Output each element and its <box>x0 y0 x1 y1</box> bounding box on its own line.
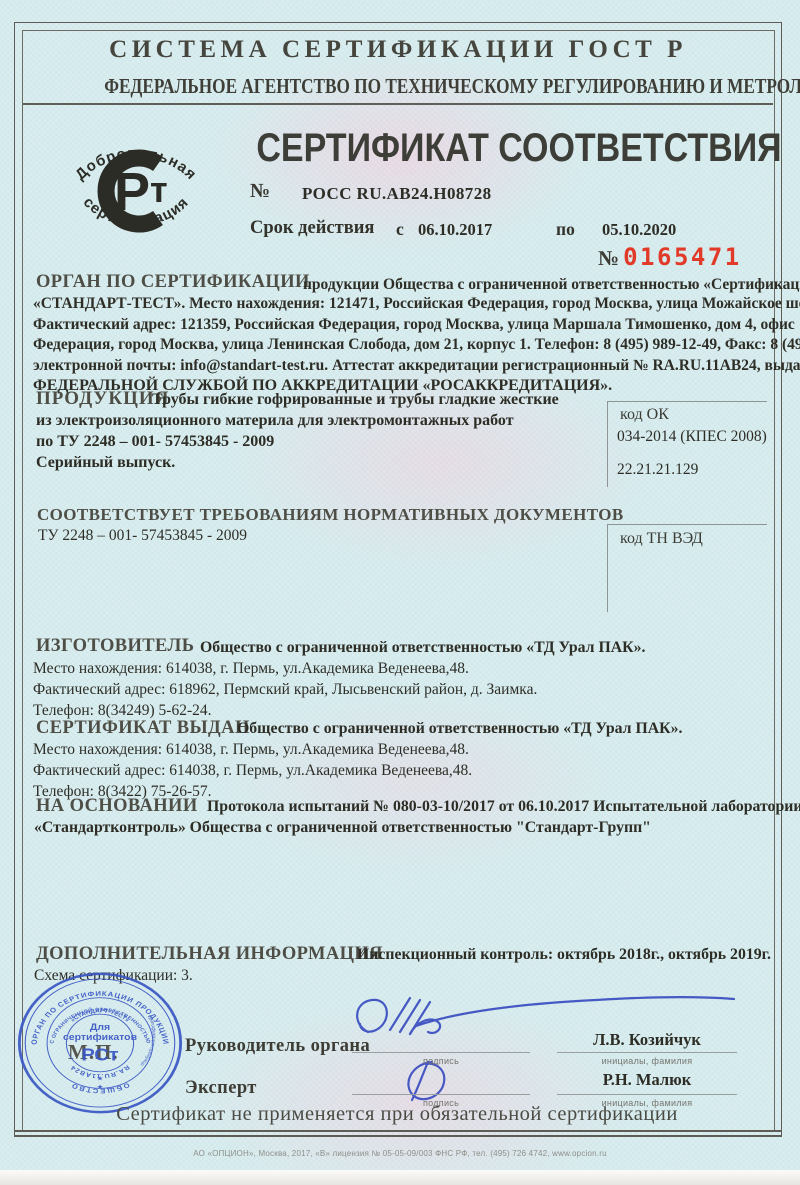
additional-label: ДОПОЛНИТЕЛЬНАЯ ИНФОРМАЦИЯ <box>36 944 383 965</box>
validity-to-label: по <box>556 219 575 240</box>
form-number-value: 0165471 <box>623 243 742 271</box>
code-ok-line-2: 22.21.21.129 <box>617 461 698 479</box>
additional-inline: Инспекционный контроль: октябрь 2018г., … <box>357 946 771 964</box>
stamp-star-1: ★ <box>97 1075 104 1082</box>
validity-label: Срок действия <box>250 218 374 239</box>
stamp-center-line2: сертификатов <box>63 1033 137 1043</box>
organ-line-2: «СТАНДАРТ-ТЕСТ». Место нахождения: 12147… <box>33 295 800 313</box>
code-tn-box-left <box>607 524 608 612</box>
rst-logo: Добровольная сертификация Р т <box>52 118 220 258</box>
product-inline: Трубы гибкие гофрированные и трубы гладк… <box>152 391 559 409</box>
head-signature-line <box>352 1052 530 1053</box>
header-separator <box>23 103 773 105</box>
certification-stamp: ОРГАН ПО СЕРТИФИКАЦИИ ПРОДУКЦИИ ОБЩЕСТВО… <box>16 971 184 1115</box>
code-tn-label: код ТН ВЭД <box>620 530 703 548</box>
stamp-center-line1: Для <box>90 1023 111 1033</box>
basis-line-2: «Стандартконтроль» Общества с ограниченн… <box>34 819 651 837</box>
issued-to-inline: Общество с ограниченной ответственностью… <box>237 720 682 738</box>
expert-signature-line <box>352 1094 530 1095</box>
stamp-mini-logo: РСт <box>81 1045 118 1064</box>
product-line-3: по ТУ 2248 – 001- 57453845 - 2009 <box>36 433 274 451</box>
manufacturer-inline: Общество с ограниченной ответственностью… <box>200 639 645 657</box>
organ-line-4: Федерация, город Москва, улица Ленинская… <box>33 336 800 354</box>
validity-to-date: 05.10.2020 <box>602 220 676 240</box>
basis-label: НА ОСНОВАНИИ <box>36 796 198 817</box>
manufacturer-label: ИЗГОТОВИТЕЛЬ <box>36 636 194 657</box>
product-label: ПРОДУКЦИЯ <box>36 388 169 410</box>
code-ok-label: код ОК <box>620 406 669 424</box>
head-name-caption: инициалы, фамилия <box>557 1056 737 1066</box>
product-line-4: Серийный выпуск. <box>36 454 175 472</box>
organ-line-5: электронной почты: info@standart-test.ru… <box>33 357 800 375</box>
product-line-2: из электроизоляционного материла для эле… <box>36 412 514 430</box>
certificate-page: СИСТЕМА СЕРТИФИКАЦИИ ГОСТ Р ФЕДЕРАЛЬНОЕ … <box>0 0 800 1185</box>
logo-letter-p: Р <box>114 162 150 222</box>
conforms-label: СООТВЕТСТВУЕТ ТРЕБОВАНИЯМ НОРМАТИВНЫХ ДО… <box>37 505 624 525</box>
expert-label: Эксперт <box>185 1078 257 1099</box>
manufacturer-line-3: Фактический адрес: 618962, Пермский край… <box>33 681 537 699</box>
code-tn-box-top <box>607 524 767 525</box>
conforms-line-2: ТУ 2248 – 001- 57453845 - 2009 <box>38 527 247 545</box>
issued-to-label: СЕРТИФИКАТ ВЫДАН <box>36 718 250 739</box>
stamp-ring3-text: «СТАНДАРТ-ТЕСТ» <box>70 1009 131 1024</box>
bottom-note: Сертификат не применяется при обязательн… <box>14 1103 780 1126</box>
bottom-rule-1 <box>14 1130 782 1132</box>
organ-line-3: Фактический адрес: 121359, Российская Фе… <box>33 316 800 334</box>
expert-name-line <box>557 1094 737 1095</box>
certificate-title: СЕРТИФИКАТ СООТВЕТСТВИЯ <box>256 126 781 171</box>
form-number-sign: № <box>598 246 619 270</box>
manufacturer-line-2: Место нахождения: 614038, г. Пермь, ул.А… <box>33 660 469 678</box>
validity-from-date: 06.10.2017 <box>418 220 492 240</box>
code-ok-line-1: 034-2014 (КПЕС 2008) <box>617 428 767 446</box>
validity-from-label: с <box>396 219 404 240</box>
issued-to-line-2: Место нахождения: 614038, г. Пермь, ул.А… <box>33 741 469 759</box>
head-of-body-label: Руководитель органа <box>185 1036 370 1057</box>
head-name-line <box>557 1052 737 1053</box>
organ-label: ОРГАН ПО СЕРТИФИКАЦИИ <box>36 272 310 293</box>
code-ok-box-left <box>607 401 608 487</box>
svg-text:«СТАНДАРТ-ТЕСТ»: «СТАНДАРТ-ТЕСТ» <box>70 1009 131 1024</box>
head-signature-caption: подпись <box>352 1056 530 1066</box>
print-info: АО «ОПЦИОН», Москва, 2017, «В» лицензия … <box>0 1149 800 1158</box>
basis-inline: Протокола испытаний № 080-03-10/2017 от … <box>207 798 800 816</box>
head-name: Л.В. Козийчук <box>557 1030 737 1050</box>
issued-to-line-3: Фактический адрес: 614038, г. Пермь, ул.… <box>33 762 472 780</box>
agency-title: ФЕДЕРАЛЬНОЕ АГЕНТСТВО ПО ТЕХНИЧЕСКОМУ РЕ… <box>104 74 800 99</box>
stamp-star-2: ★ <box>97 1084 104 1091</box>
code-ok-box-top <box>607 401 767 402</box>
bottom-rule-2 <box>14 1135 782 1137</box>
logo-letter-t: т <box>150 169 168 210</box>
organ-inline: продукции Общества с ограниченной ответс… <box>303 276 800 294</box>
cert-number-value: РОСС RU.АВ24.Н08728 <box>302 184 492 204</box>
scan-edge <box>0 1170 800 1185</box>
cert-number-sign: № <box>250 180 270 203</box>
system-title: СИСТЕМА СЕРТИФИКАЦИИ ГОСТ Р <box>22 36 774 64</box>
expert-name: Р.Н. Малюк <box>557 1070 737 1090</box>
